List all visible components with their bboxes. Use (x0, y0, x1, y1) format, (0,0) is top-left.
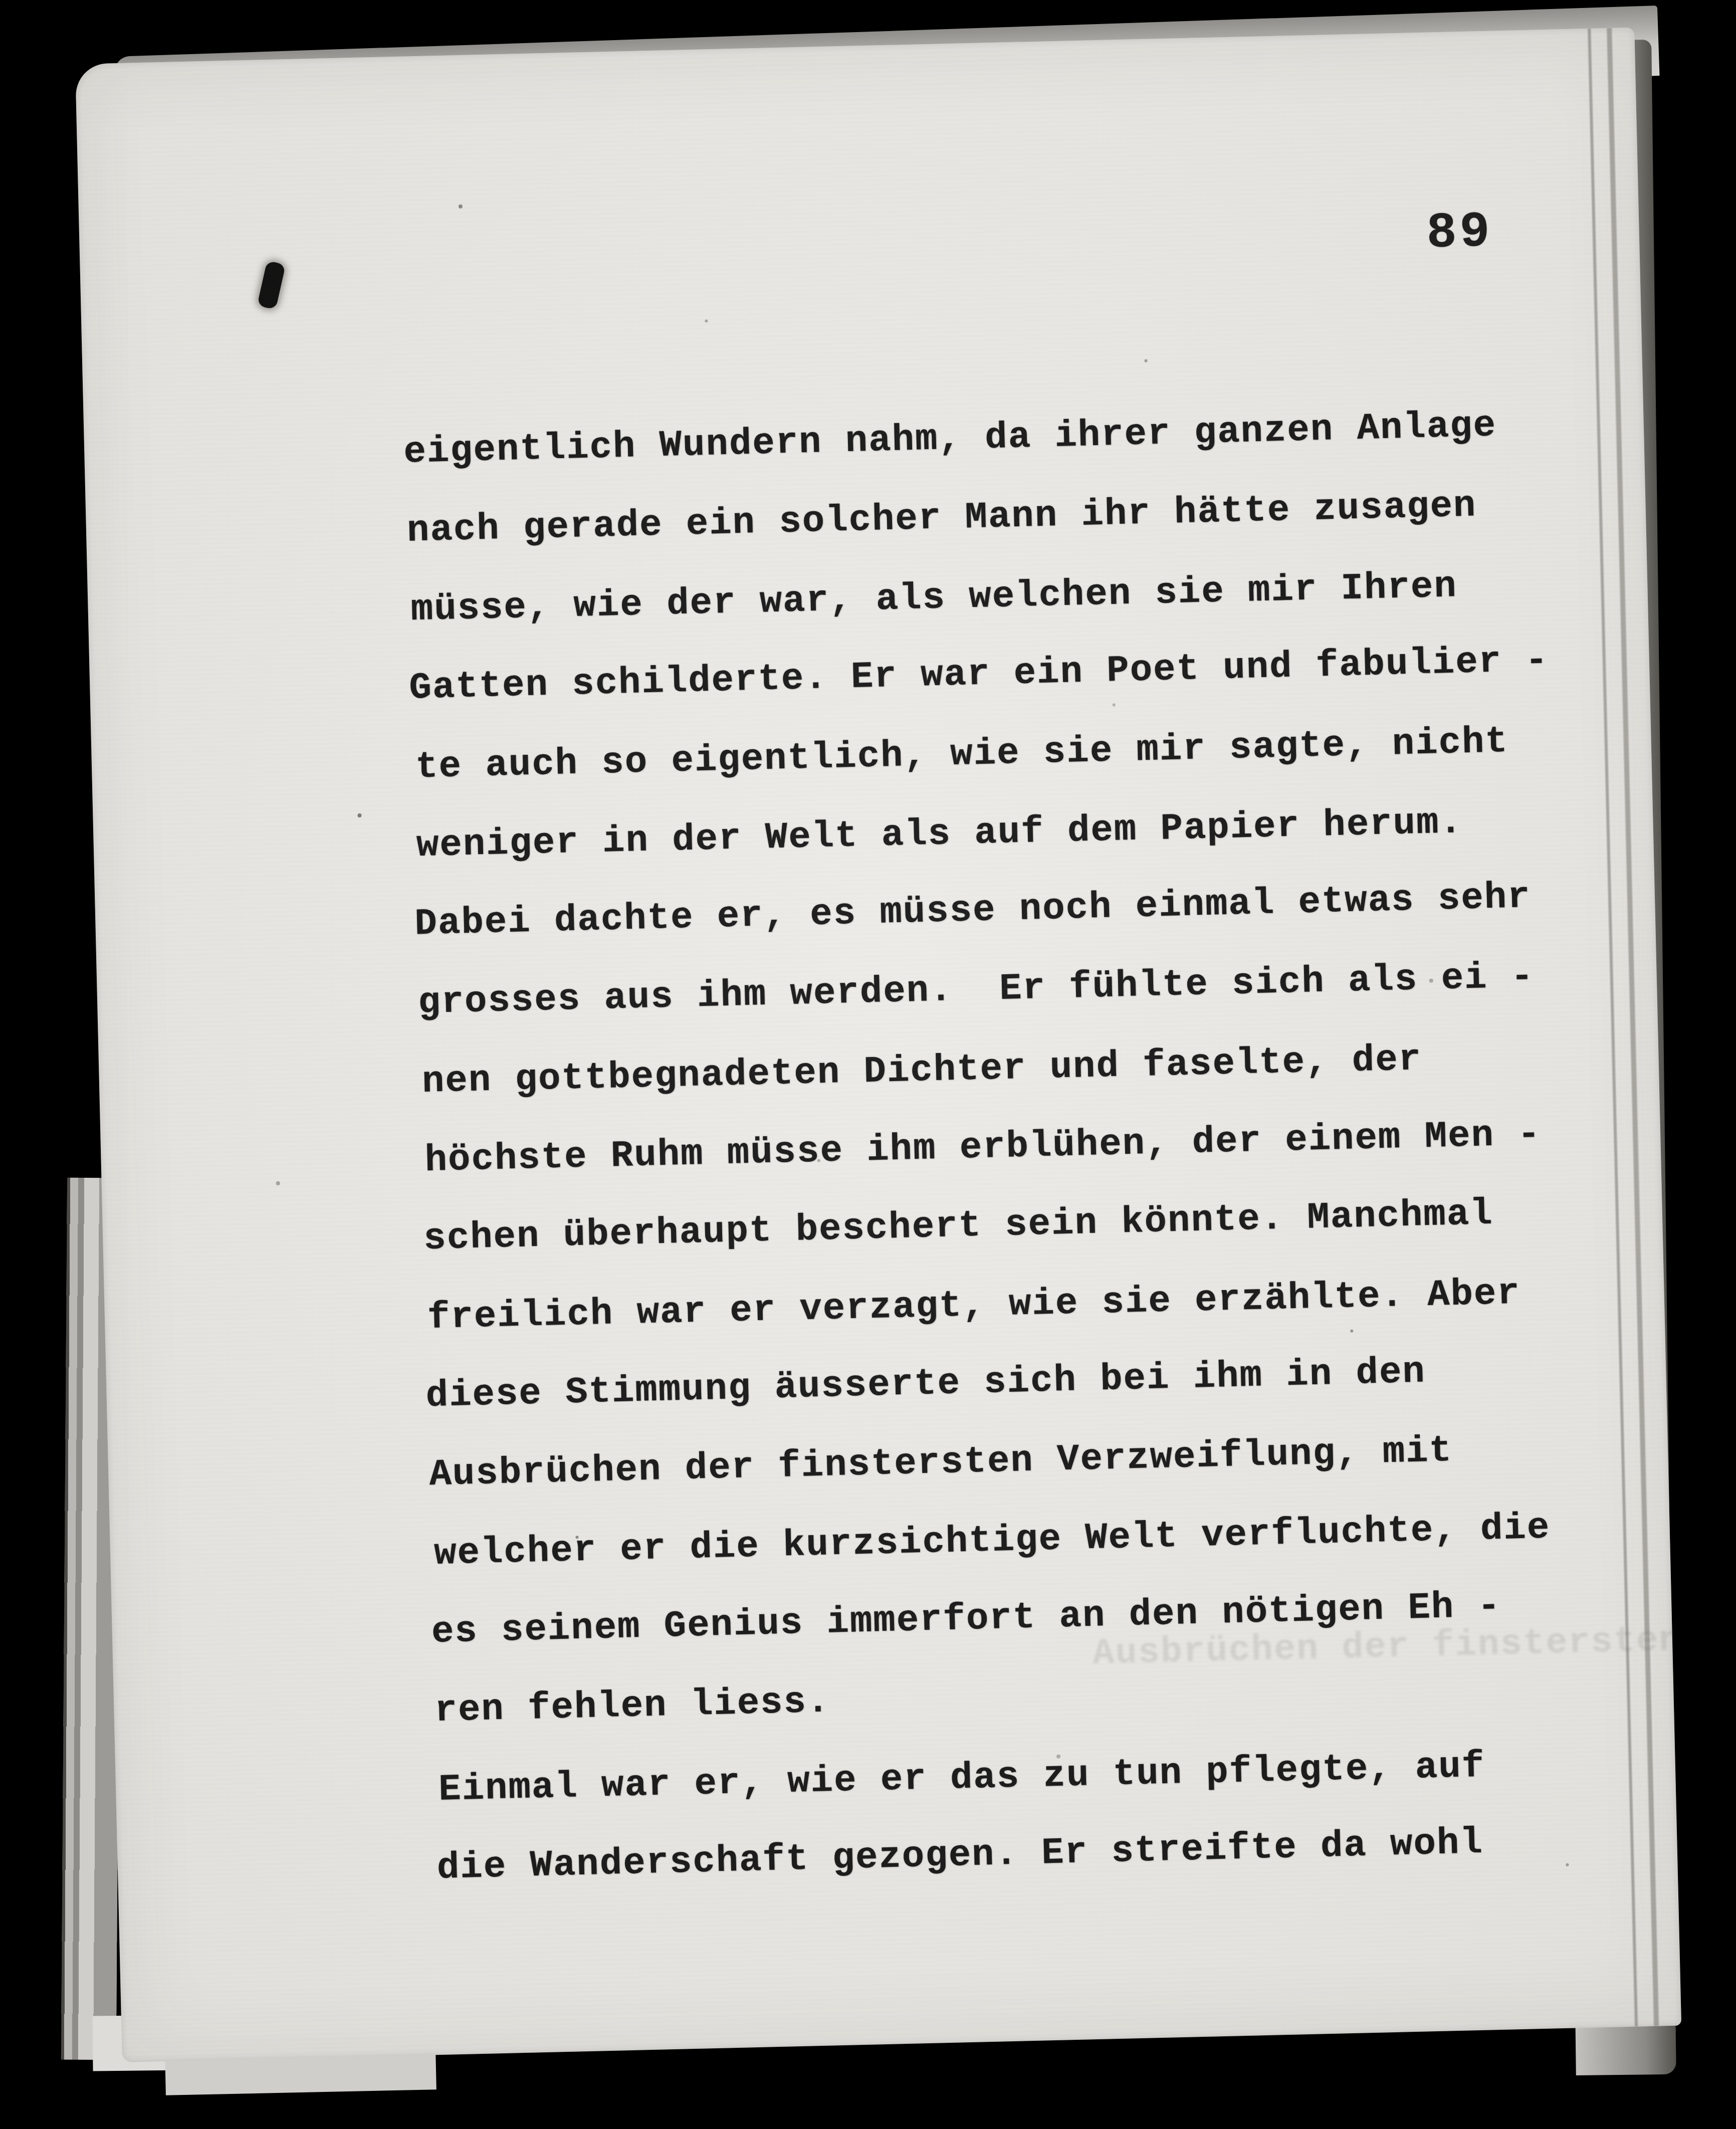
punch-hole-mark (257, 261, 286, 310)
scanned-document: 89 Ausbrüchen der finstersten eigentlich… (0, 0, 1736, 2129)
paper-specks (75, 64, 77, 66)
manuscript-page: 89 Ausbrüchen der finstersten eigentlich… (75, 28, 1681, 2062)
page-number: 89 (1426, 204, 1493, 262)
typewritten-text-block: eigentlich Wundern nahm, da ihrer ganzen… (404, 386, 1579, 1908)
